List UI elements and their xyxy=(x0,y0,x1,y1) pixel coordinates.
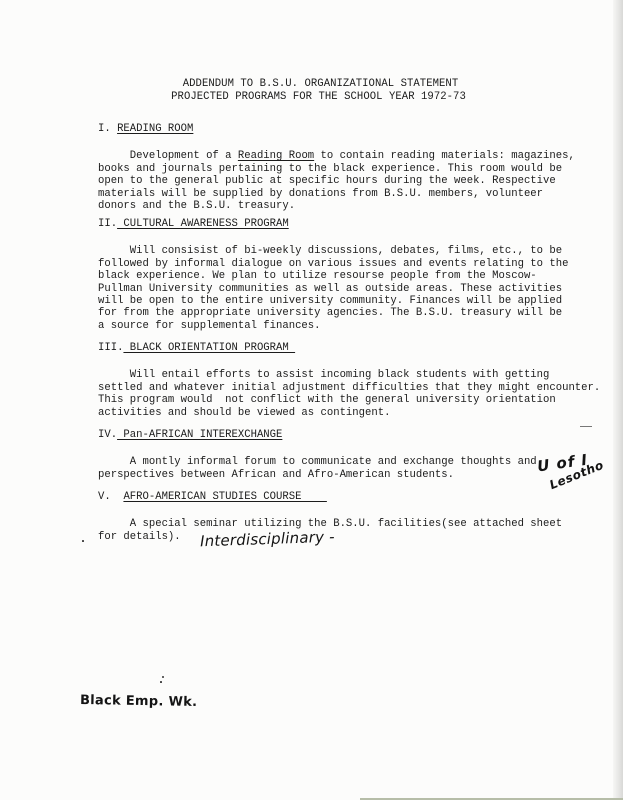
section-heading: I. READING ROOM xyxy=(98,123,598,135)
section-afro-american-studies: V. AFRO-AMERICAN STUDIES COURSE A specia… xyxy=(98,491,598,543)
stray-mark xyxy=(580,426,592,427)
section-paragraph: Will consisist of bi-weekly discussions,… xyxy=(98,245,598,332)
scanned-page: ADDENDUM TO B.S.U. ORGANIZATIONAL STATEM… xyxy=(0,0,623,800)
handwritten-interdisciplinary: Interdisciplinary - xyxy=(200,528,335,551)
section-paragraph: Will entail efforts to assist incoming b… xyxy=(98,369,598,419)
stray-mark xyxy=(82,540,84,542)
section-heading: II. CULTURAL AWARENESS PROGRAM xyxy=(98,218,598,230)
stray-mark xyxy=(162,676,164,678)
section-heading: IV. Pan-AFRICAN INTEREXCHANGE xyxy=(98,429,598,441)
section-cultural-awareness: II. CULTURAL AWARENESS PROGRAM Will cons… xyxy=(98,218,598,332)
handwritten-black-emp-wk: Black Emp. Wk. xyxy=(80,693,198,710)
section-pan-african: IV. Pan-AFRICAN INTEREXCHANGE A montly i… xyxy=(98,429,598,481)
section-heading: V. AFRO-AMERICAN STUDIES COURSE xyxy=(98,491,598,503)
section-paragraph: A special seminar utilizing the B.S.U. f… xyxy=(98,518,598,543)
scan-edge-strip xyxy=(613,0,623,800)
section-reading-room: I. READING ROOM Development of a Reading… xyxy=(98,123,598,212)
stray-mark xyxy=(160,681,162,683)
section-paragraph: Development of a Reading Room to contain… xyxy=(98,150,598,212)
section-black-orientation: III. BLACK ORIENTATION PROGRAM Will enta… xyxy=(98,342,598,419)
title-line-2: PROJECTED PROGRAMS FOR THE SCHOOL YEAR 1… xyxy=(0,91,623,104)
reading-room-underlined: Reading Room xyxy=(238,150,314,162)
document-title: ADDENDUM TO B.S.U. ORGANIZATIONAL STATEM… xyxy=(0,78,623,104)
title-line-1: ADDENDUM TO B.S.U. ORGANIZATIONAL STATEM… xyxy=(0,78,623,91)
section-heading: III. BLACK ORIENTATION PROGRAM xyxy=(98,342,598,354)
section-paragraph: A montly informal forum to communicate a… xyxy=(98,456,598,481)
